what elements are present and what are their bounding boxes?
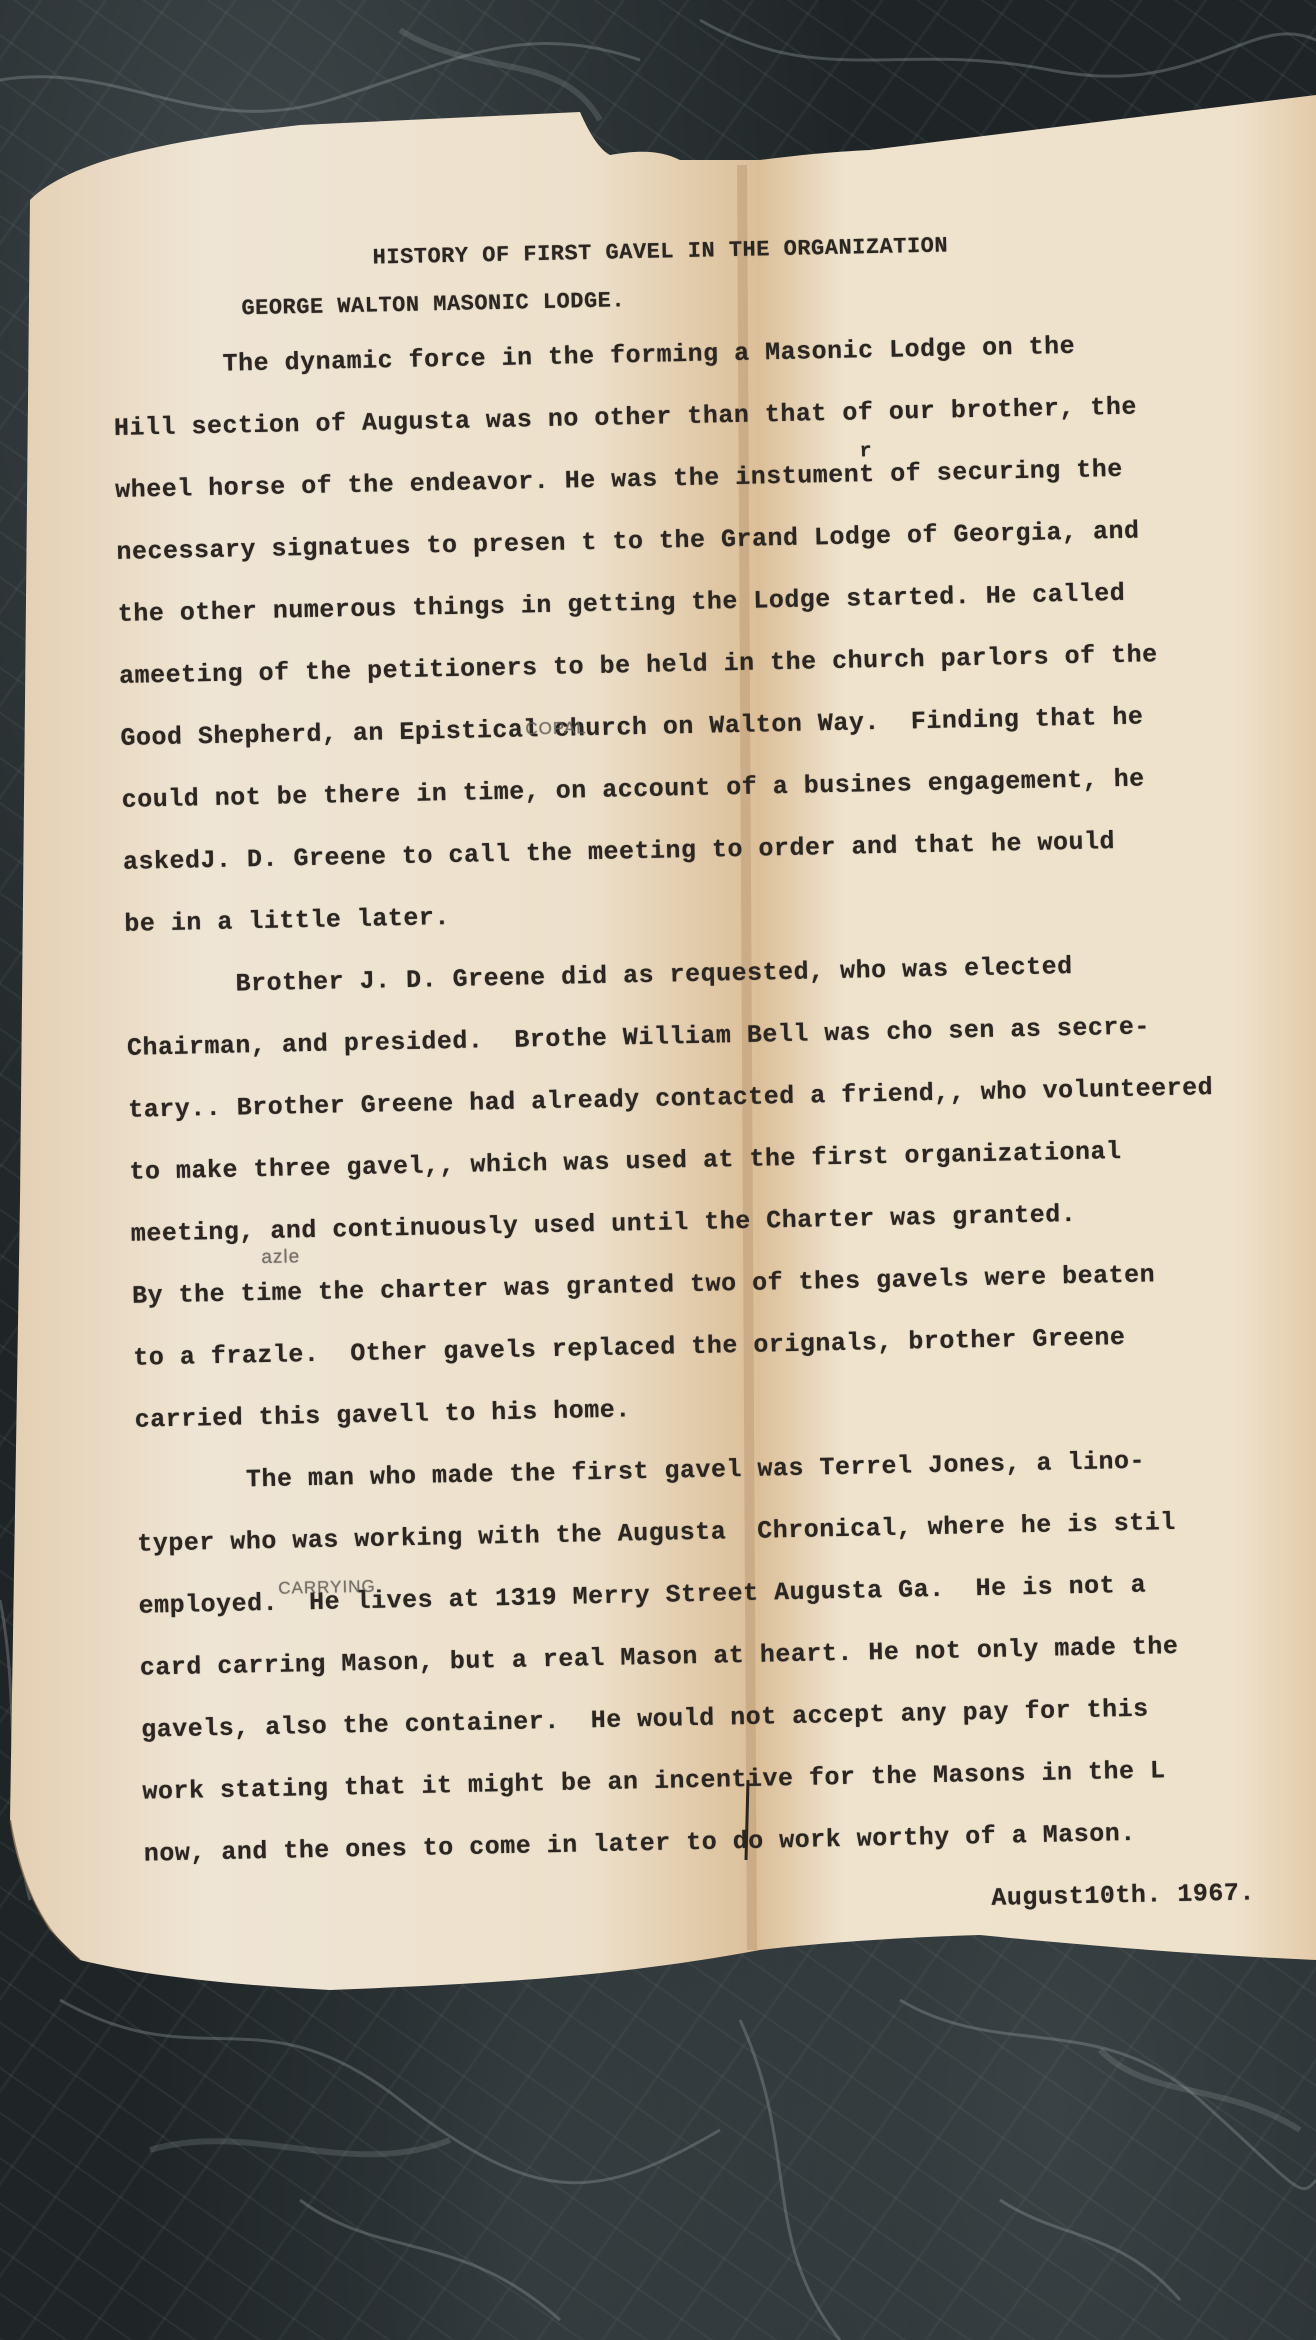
handwritten-annotation: r: [859, 440, 872, 463]
handwritten-annotation: azle: [261, 1246, 300, 1269]
handwritten-annotation: COPAL: [525, 718, 587, 739]
paragraph-1: The dynamic force in the forming a Mason…: [112, 311, 1305, 956]
paragraph-3: The man who made the first gavel was Ter…: [135, 1427, 1316, 1886]
typewritten-document: HISTORY OF FIRST GAVEL IN THE ORGANIZATI…: [110, 215, 1316, 1947]
handwritten-annotation: CARRYING: [278, 1577, 376, 1599]
document-title: HISTORY OF FIRST GAVEL IN THE ORGANIZATI…: [230, 219, 1092, 333]
paragraph-2: Brother J. D. Greene did as requested, w…: [125, 931, 1315, 1452]
